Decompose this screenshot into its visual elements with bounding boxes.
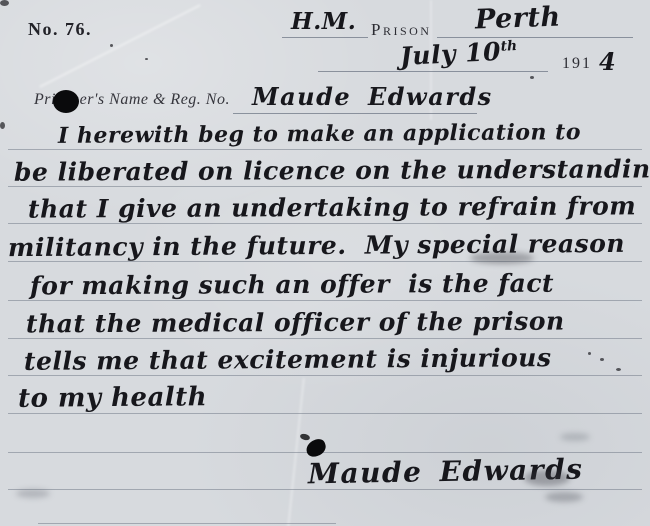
ink-speck <box>600 358 604 361</box>
paper-smudge <box>16 489 50 498</box>
ink-speck <box>588 352 591 355</box>
ink-splatter <box>299 433 310 441</box>
rule-line <box>8 149 642 150</box>
year-printed: 191 <box>562 55 592 73</box>
name-underline <box>233 113 477 114</box>
form-number: No. 76. <box>28 19 92 40</box>
document-scan: No. 76. H.M. Prison Perth July 10th 191 … <box>0 0 650 526</box>
ink-speck <box>530 76 534 79</box>
paper-crease <box>39 4 200 88</box>
rule-line-partial <box>38 523 336 524</box>
ink-smudge <box>524 470 570 486</box>
ink-smudge <box>545 492 583 502</box>
prison-line-left <box>282 37 368 38</box>
ink-speck <box>145 58 148 60</box>
date-line <box>318 71 548 72</box>
body-line: that I give an undertaking to refrain fr… <box>28 192 636 224</box>
ink-blot <box>53 90 79 113</box>
paper-smudge <box>560 433 590 441</box>
body-line: for making such an offer is the fact <box>30 270 554 301</box>
body-line: that the medical officer of the prison <box>26 308 565 340</box>
ink-smudge <box>470 252 534 264</box>
date-day: July 10 <box>399 37 501 71</box>
ink-speck <box>0 122 5 129</box>
body-line: be liberated on licence on the understan… <box>14 155 650 187</box>
date-ordinal: th <box>500 38 517 55</box>
date-handwritten: July 10th <box>399 37 518 72</box>
ink-speck <box>616 368 621 371</box>
year-handwritten: 4 <box>599 48 616 76</box>
body-line: tells me that excitement is injurious <box>24 344 552 376</box>
ink-speck <box>110 44 113 47</box>
body-line: to my health <box>18 383 207 415</box>
prisoner-name-handwritten: Maude Edwards <box>252 83 493 111</box>
ink-speck <box>0 0 9 6</box>
prison-name-handwritten: Perth <box>474 2 561 36</box>
hm-handwritten: H.M. <box>291 9 356 35</box>
ink-splatter <box>304 437 328 459</box>
prison-label: Prison <box>371 20 431 40</box>
body-line: I herewith beg to make an application to <box>58 120 581 149</box>
